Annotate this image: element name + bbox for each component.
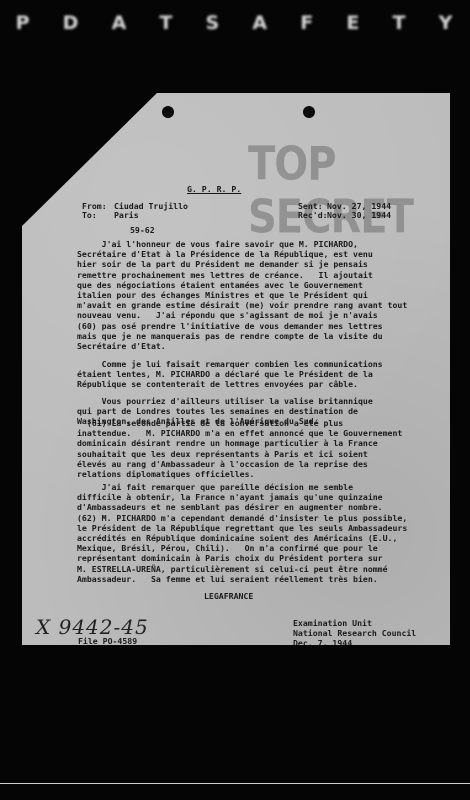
text-line: M. ESTRELLA-UREÑA, particulièrement si c… [77, 564, 407, 574]
text-line: Examination Unit [293, 618, 416, 628]
text-line: qui part de Londres toutes les semaines … [77, 406, 373, 416]
text-line: (62) M. PICHARDO m'a cependant demandé d… [77, 513, 407, 523]
text-line: dominicain désirant rendre un hommage pa… [77, 438, 402, 448]
to-value: Paris [114, 210, 139, 220]
top-secret-stamp: TOP SECRET [248, 138, 450, 244]
text-line: hier soir de la part du Président me dem… [77, 259, 407, 269]
text-line: relations diplomatiques officielles. [77, 469, 402, 479]
text-line: J'ai fait remarquer que pareille décisio… [77, 482, 407, 492]
signature: LEGAFRANCE [204, 591, 253, 601]
paragraph-1: J'ai l'honneur de vous faire savoir que … [77, 239, 407, 351]
text-line: J'ai l'honneur de vous faire savoir que … [77, 239, 407, 249]
text-line: National Research Council [293, 628, 416, 638]
text-line: italien pour des échanges Ministres et q… [77, 290, 407, 300]
received-label: Rec'd: [298, 210, 328, 220]
paragraph-4: (61) La seconde partie de la conversatio… [77, 418, 402, 479]
text-line: remettre prochainement mes lettres de cr… [77, 270, 407, 280]
paragraph-2: Comme je lui faisait remarquer combien l… [77, 359, 383, 390]
film-mark: E [346, 12, 361, 34]
text-line: République se contenterait de lettres en… [77, 379, 383, 389]
punch-hole-right [303, 106, 315, 118]
text-line: difficile à obtenir, la France n'ayant j… [77, 492, 407, 502]
footer-examination-unit: Examination Unit National Research Counc… [293, 618, 416, 649]
code-header: G. P. R. P. [187, 184, 241, 194]
text-line: étaient lentes, M. PICHARDO a déclaré qu… [77, 369, 383, 379]
text-line: Dec. 7, 1944 [293, 638, 416, 648]
film-mark: D [63, 12, 81, 34]
text-line: nouveau venu. J'ai répondu que s'agissan… [77, 310, 407, 320]
text-line: Secrétaire d'Etat à la Présidence de la … [77, 249, 407, 259]
text-line: inattendue. M. PICHARDO m'a en effet ann… [77, 428, 402, 438]
text-line: accrédités en République dominicaine soi… [77, 533, 407, 543]
film-mark: P [16, 12, 32, 34]
film-mark: A [112, 12, 129, 34]
film-header-strip: P D A T S A F E T Y [0, 12, 470, 34]
text-line: Comme je lui faisait remarquer combien l… [77, 359, 383, 369]
film-mark: T [392, 12, 407, 34]
text-line: que des négociations étaient entamées av… [77, 280, 407, 290]
scan-line [0, 783, 470, 784]
punch-hole-left [162, 106, 174, 118]
received-value: Nov. 30, 1944 [327, 210, 391, 220]
text-line: m'avait en grande estime désirait (me) v… [77, 300, 407, 310]
film-mark: A [252, 12, 269, 34]
text-line: Ambassadeur. Sa femme et lui seraient ré… [77, 574, 407, 584]
text-line: (60) pas osé prendre l'initiative de vou… [77, 321, 407, 331]
text-line: d'Ambassadeurs et ne semblant pas désire… [77, 502, 407, 512]
text-line: mais que je ne manquerais pas de rendre … [77, 331, 407, 341]
film-mark: S [206, 12, 222, 34]
to-label: To: [82, 210, 97, 220]
text-line: représentant dominicain à Paris choix du… [77, 553, 407, 563]
text-line: Mexique, Brésil, Pérou, Chili). On m'a c… [77, 543, 407, 553]
film-mark: T [159, 12, 174, 34]
text-line: Vous pourriez d'ailleurs utiliser la val… [77, 396, 373, 406]
message-number: 59-62 [130, 225, 155, 235]
document-page: TOP SECRET G. P. R. P. From: Ciudad Truj… [22, 93, 450, 645]
film-mark: F [300, 12, 315, 34]
text-line: Secrétaire d'Etat. [77, 341, 407, 351]
text-line: élevés au rang d'Ambassadeur à l'occasio… [77, 459, 402, 469]
text-line: (61) La seconde partie de la conversatio… [77, 418, 402, 428]
text-line: souhaitait que les deux représentants à … [77, 449, 402, 459]
file-number: File PO-4589 [78, 636, 137, 646]
film-mark: Y [439, 12, 455, 34]
text-line: le Président de la République regrettant… [77, 523, 407, 533]
paragraph-5: J'ai fait remarquer que pareille décisio… [77, 482, 407, 584]
